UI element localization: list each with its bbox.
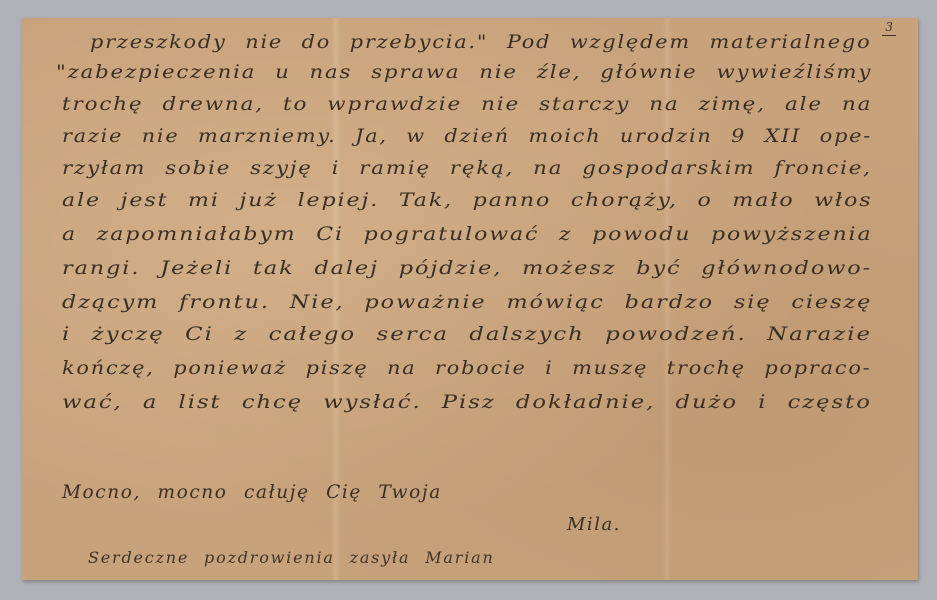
postscript: Serdeczne pozdrowienia zasyła Marian — [88, 548, 495, 567]
letter-line: a zapomniałabym Ci pogratulować z powodu… — [62, 224, 873, 245]
letter-line: rzyłam sobie szyję i ramię ręką, na gosp… — [62, 158, 872, 179]
letter-line: dzącym frontu. Nie, poważnie mówiąc bard… — [62, 292, 872, 313]
letter-line: wać, a list chcę wysłać. Pisz dokładnie,… — [62, 392, 872, 413]
letter-line: trochę drewna, to wprawdzie nie starczy … — [62, 94, 872, 115]
letter-page: 3 przeszkody nie do przebycia." Pod wzgl… — [22, 18, 918, 580]
signature: Mila. — [567, 514, 621, 535]
letter-line: Mocno, mocno całuję Cię Twoja — [62, 482, 442, 503]
letter-line: razie nie marzniemy. Ja, w dzień moich u… — [62, 126, 872, 147]
letter-line: przeszkody nie do przebycia." Pod względ… — [90, 32, 871, 53]
letter-line: i życzę Ci z całego serca dalszych powod… — [62, 324, 872, 345]
letter-line: rangi. Jeżeli tak dalej pójdzie, możesz … — [62, 258, 872, 279]
page-number: 3 — [882, 20, 896, 36]
letter-line: "zabezpieczenia u nas sprawa nie źle, gł… — [56, 62, 872, 83]
letter-line: kończę, ponieważ piszę na robocie i musz… — [62, 358, 871, 379]
letter-line: ale jest mi już lepiej. Tak, panno chorą… — [62, 190, 873, 211]
